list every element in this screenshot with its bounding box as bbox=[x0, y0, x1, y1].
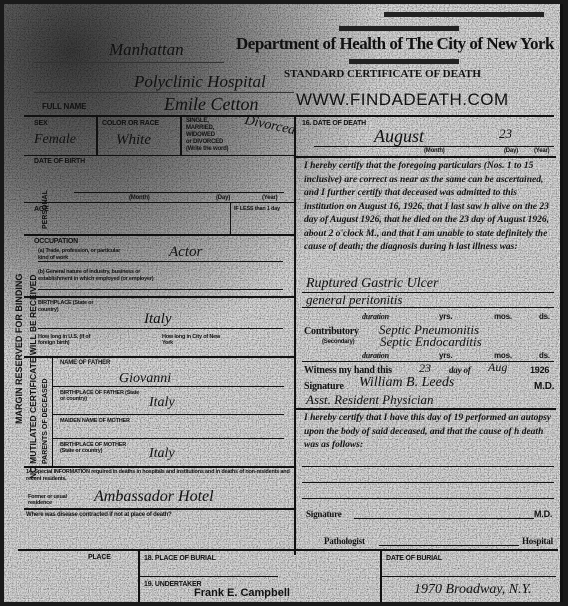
parents-divider bbox=[52, 356, 53, 466]
mother-birthplace-value: Italy bbox=[149, 446, 175, 462]
sex-value: Female bbox=[34, 132, 76, 148]
duration-yrs: yrs. bbox=[439, 312, 452, 321]
certificate-page: Department of Health of The City of New … bbox=[4, 4, 563, 602]
burial-line bbox=[138, 576, 278, 577]
divider-color bbox=[180, 115, 182, 155]
witness-month: Aug bbox=[488, 360, 507, 375]
full-name-value: Emile Cetton bbox=[164, 94, 258, 115]
trade-value: Actor bbox=[169, 244, 202, 261]
title-line-value: Asst. Resident Physician bbox=[306, 392, 433, 408]
residence-value: Ambassador Hotel bbox=[94, 488, 214, 506]
duration-mos: mos. bbox=[494, 312, 512, 321]
father-name-label: NAME OF FATHER bbox=[60, 360, 110, 366]
birth-label: DATE OF BIRTH bbox=[34, 158, 85, 165]
cause-2-line bbox=[302, 307, 554, 308]
certificate-title: STANDARD CERTIFICATE OF DEATH bbox=[284, 68, 481, 80]
row-divider-4 bbox=[24, 234, 294, 236]
signature-value: William B. Leeds bbox=[359, 375, 454, 391]
father-name-value: Giovanni bbox=[119, 371, 171, 387]
watermark: WWW.FINDADEATH.COM bbox=[296, 90, 509, 110]
undertaker-value: Frank E. Campbell bbox=[194, 587, 290, 599]
date-burial-line bbox=[380, 576, 556, 577]
date-day-sub: (Day) bbox=[504, 148, 518, 154]
side-parents: PARENTS OF DECEASED bbox=[42, 379, 49, 464]
birth-year-sub: (Year) bbox=[262, 195, 277, 201]
duration-ds: ds. bbox=[539, 312, 550, 321]
hospital-label: Hospital bbox=[522, 536, 553, 546]
row-divider-7 bbox=[24, 466, 294, 468]
autopsy-line-3 bbox=[302, 498, 554, 499]
date-month-sub: (Month) bbox=[424, 148, 445, 154]
witness-of: day of bbox=[449, 365, 471, 375]
cause-1: Ruptured Gastric Ulcer bbox=[306, 276, 438, 292]
pathologist-line bbox=[379, 545, 519, 546]
right-divider-2 bbox=[294, 408, 556, 410]
autopsy-line-1 bbox=[302, 466, 554, 467]
special-info-label: 14. Special INFORMATION required in deat… bbox=[26, 469, 291, 483]
date-year-sub: (Year) bbox=[534, 148, 549, 154]
birth-month-sub: (Month) bbox=[129, 195, 150, 201]
if-less-label: IF LESS than 1 day bbox=[234, 206, 280, 212]
color-value: White bbox=[116, 132, 151, 149]
row-divider-2 bbox=[24, 155, 294, 156]
birthplace-label: BIRTHPLACE (State or country) bbox=[38, 300, 108, 314]
trade-label: (a) Trade, profession, or particular kin… bbox=[38, 248, 128, 262]
autopsy-paragraph: I hereby certify that I have this day of… bbox=[304, 412, 556, 453]
occupation-label: OCCUPATION bbox=[34, 238, 78, 245]
signature2-label: Signature bbox=[306, 509, 342, 519]
side-margin-binding: MARGIN RESERVED FOR BINDING bbox=[14, 274, 24, 424]
industry-line bbox=[38, 289, 283, 290]
mother-birthplace-label: BIRTHPLACE OF MOTHER (State or country) bbox=[60, 442, 140, 454]
witness-day: 23 bbox=[419, 361, 431, 376]
row-divider-3 bbox=[24, 202, 294, 203]
row-divider-8 bbox=[18, 549, 558, 551]
where-contracted-label: Where was disease contracted if not at p… bbox=[26, 512, 172, 518]
undertaker-address: 1970 Broadway, N.Y. bbox=[414, 582, 532, 598]
date-of-death-label: 16. DATE OF DEATH bbox=[302, 120, 366, 127]
state-bar bbox=[339, 26, 459, 31]
side-personal: PERSONAL bbox=[42, 190, 49, 229]
father-line bbox=[52, 386, 284, 387]
mother-name-label: MAIDEN NAME OF MOTHER bbox=[60, 418, 140, 424]
row-divider-6 bbox=[24, 356, 294, 358]
row-divider-5 bbox=[24, 296, 294, 298]
date-of-death-line bbox=[314, 146, 554, 147]
trade-line bbox=[38, 261, 283, 262]
divider-age bbox=[230, 202, 231, 234]
duration2-ds: ds. bbox=[539, 351, 550, 360]
center-divider bbox=[294, 115, 296, 555]
birth-day-sub: (Day) bbox=[216, 195, 230, 201]
father-birthplace-label: BIRTHPLACE OF FATHER (State or country) bbox=[60, 390, 140, 402]
duration2-yrs: yrs. bbox=[439, 351, 452, 360]
birthplace-value: Italy bbox=[144, 311, 172, 328]
md2-label: M.D. bbox=[534, 509, 552, 519]
md-label: M.D. bbox=[534, 381, 554, 392]
residence-label: Former or usual residence bbox=[28, 494, 78, 506]
bureau-bar bbox=[349, 59, 459, 64]
duration2-label: duration bbox=[362, 351, 389, 360]
side-no-mutilated: NO MUTILATED CERTIFICATE WILL BE RECEIVE… bbox=[28, 275, 38, 479]
place-line bbox=[34, 92, 294, 93]
borough-line bbox=[34, 62, 224, 63]
place-label: PLACE bbox=[88, 554, 111, 561]
date-of-death-day: 23 bbox=[499, 126, 512, 142]
cause-2: general peritonitis bbox=[306, 292, 402, 308]
department-title: Department of Health of The City of New … bbox=[236, 34, 554, 54]
years-ny-label: How long in City of New York bbox=[162, 334, 232, 346]
witness-year: 1926 bbox=[530, 365, 549, 375]
certification-paragraph: I hereby certify that the foregoing part… bbox=[304, 160, 556, 255]
mother-line bbox=[52, 438, 284, 439]
row-divider-1 bbox=[24, 115, 554, 117]
duration-label: duration bbox=[362, 312, 389, 321]
autopsy-line-2 bbox=[302, 482, 554, 483]
date-of-death-month: August bbox=[374, 126, 424, 147]
duration2-mos: mos. bbox=[494, 351, 512, 360]
signature-label: Signature bbox=[304, 381, 344, 392]
pathologist-label: Pathologist bbox=[324, 536, 365, 546]
state-line-bar bbox=[384, 12, 544, 17]
contributory-label: Contributory bbox=[304, 326, 359, 337]
father-birthplace-value: Italy bbox=[149, 395, 175, 411]
right-divider-1 bbox=[294, 156, 556, 158]
birthplace-line bbox=[38, 328, 283, 329]
birth-line bbox=[74, 192, 284, 193]
sex-label: SEX bbox=[34, 120, 47, 127]
secondary-value: Septic Endocarditis bbox=[380, 334, 482, 350]
secondary-label: (Secondary) bbox=[322, 339, 354, 345]
color-label: COLOR OR RACE bbox=[102, 120, 159, 127]
date-burial-label: DATE OF BURIAL bbox=[386, 555, 442, 562]
residence-line bbox=[24, 508, 294, 510]
place-of-death-value: Polyclinic Hospital bbox=[134, 72, 266, 92]
full-name-label: FULL NAME bbox=[42, 102, 86, 111]
industry-label: (b) General nature of industry, business… bbox=[38, 269, 168, 283]
father-bp-line bbox=[52, 414, 284, 415]
years-us-label: How long in U.S. (if of foreign birth) bbox=[38, 334, 108, 346]
burial-label: 18. PLACE OF BURIAL bbox=[144, 555, 216, 562]
signature2-line bbox=[354, 518, 534, 519]
borough-value: Manhattan bbox=[109, 40, 184, 60]
divider-sex bbox=[96, 115, 98, 155]
undertaker-label: 19. UNDERTAKER bbox=[144, 581, 201, 588]
